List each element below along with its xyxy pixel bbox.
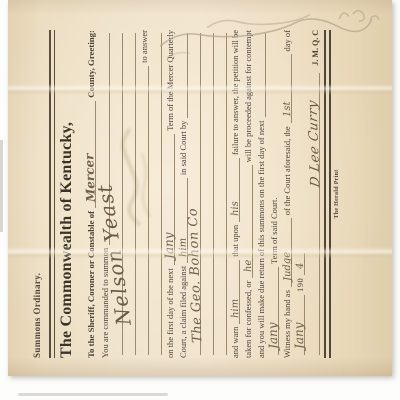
scan-edge-streak [18,393,168,396]
signature-rule: D Lee Curry [304,73,320,355]
witness-blank-1: Judge [278,218,292,287]
document-title: The Commonwealth of Kentucky, [58,30,76,358]
rule [200,33,214,355]
plaintiff-blank: The Geo. Bohon Co [187,33,201,355]
summons-corner-label: Summons Ordinary. [32,30,42,358]
warn-blank-2: his [226,158,240,222]
witness-blank-2: 1st [278,54,292,123]
signature-line: D Lee Curry J. M. Q. C [305,30,320,358]
witness-entry-2: 1st [282,102,294,118]
warn-entry-1: him [230,298,242,317]
bottom-double-rule [324,30,331,358]
confessed-pre: taken for confessed, or [243,281,253,358]
printed-form: Summons Ordinary. The Commonwealth of Ke… [8,30,340,358]
confessed-entry: he [243,259,254,272]
year-blank: 4 [291,253,305,275]
printer-credit: The Herald Print [334,169,340,218]
term-blank: Jany [161,134,175,265]
term2-entry: Jany [266,322,281,349]
judge-signature: D Lee Curry [305,99,323,189]
first-day-pre: on the first day of the next [165,268,175,358]
top-double-rule [49,30,55,358]
warn-blank-1: him [226,260,240,324]
scan-edge-sliver [0,140,3,232]
confessed-blank: he [239,165,253,277]
term2-blank: Jany [265,267,279,355]
scanned-summons-screenshot: Nelson Yeast Summons Ordinary. The Commo… [0,0,400,400]
pencil-scribble [150,0,395,58]
warn-pre: and warn [230,327,240,358]
month-blank: Jany [291,295,305,355]
rule [213,33,227,355]
witness-mid: of the Court aforesaid, the [282,126,292,215]
